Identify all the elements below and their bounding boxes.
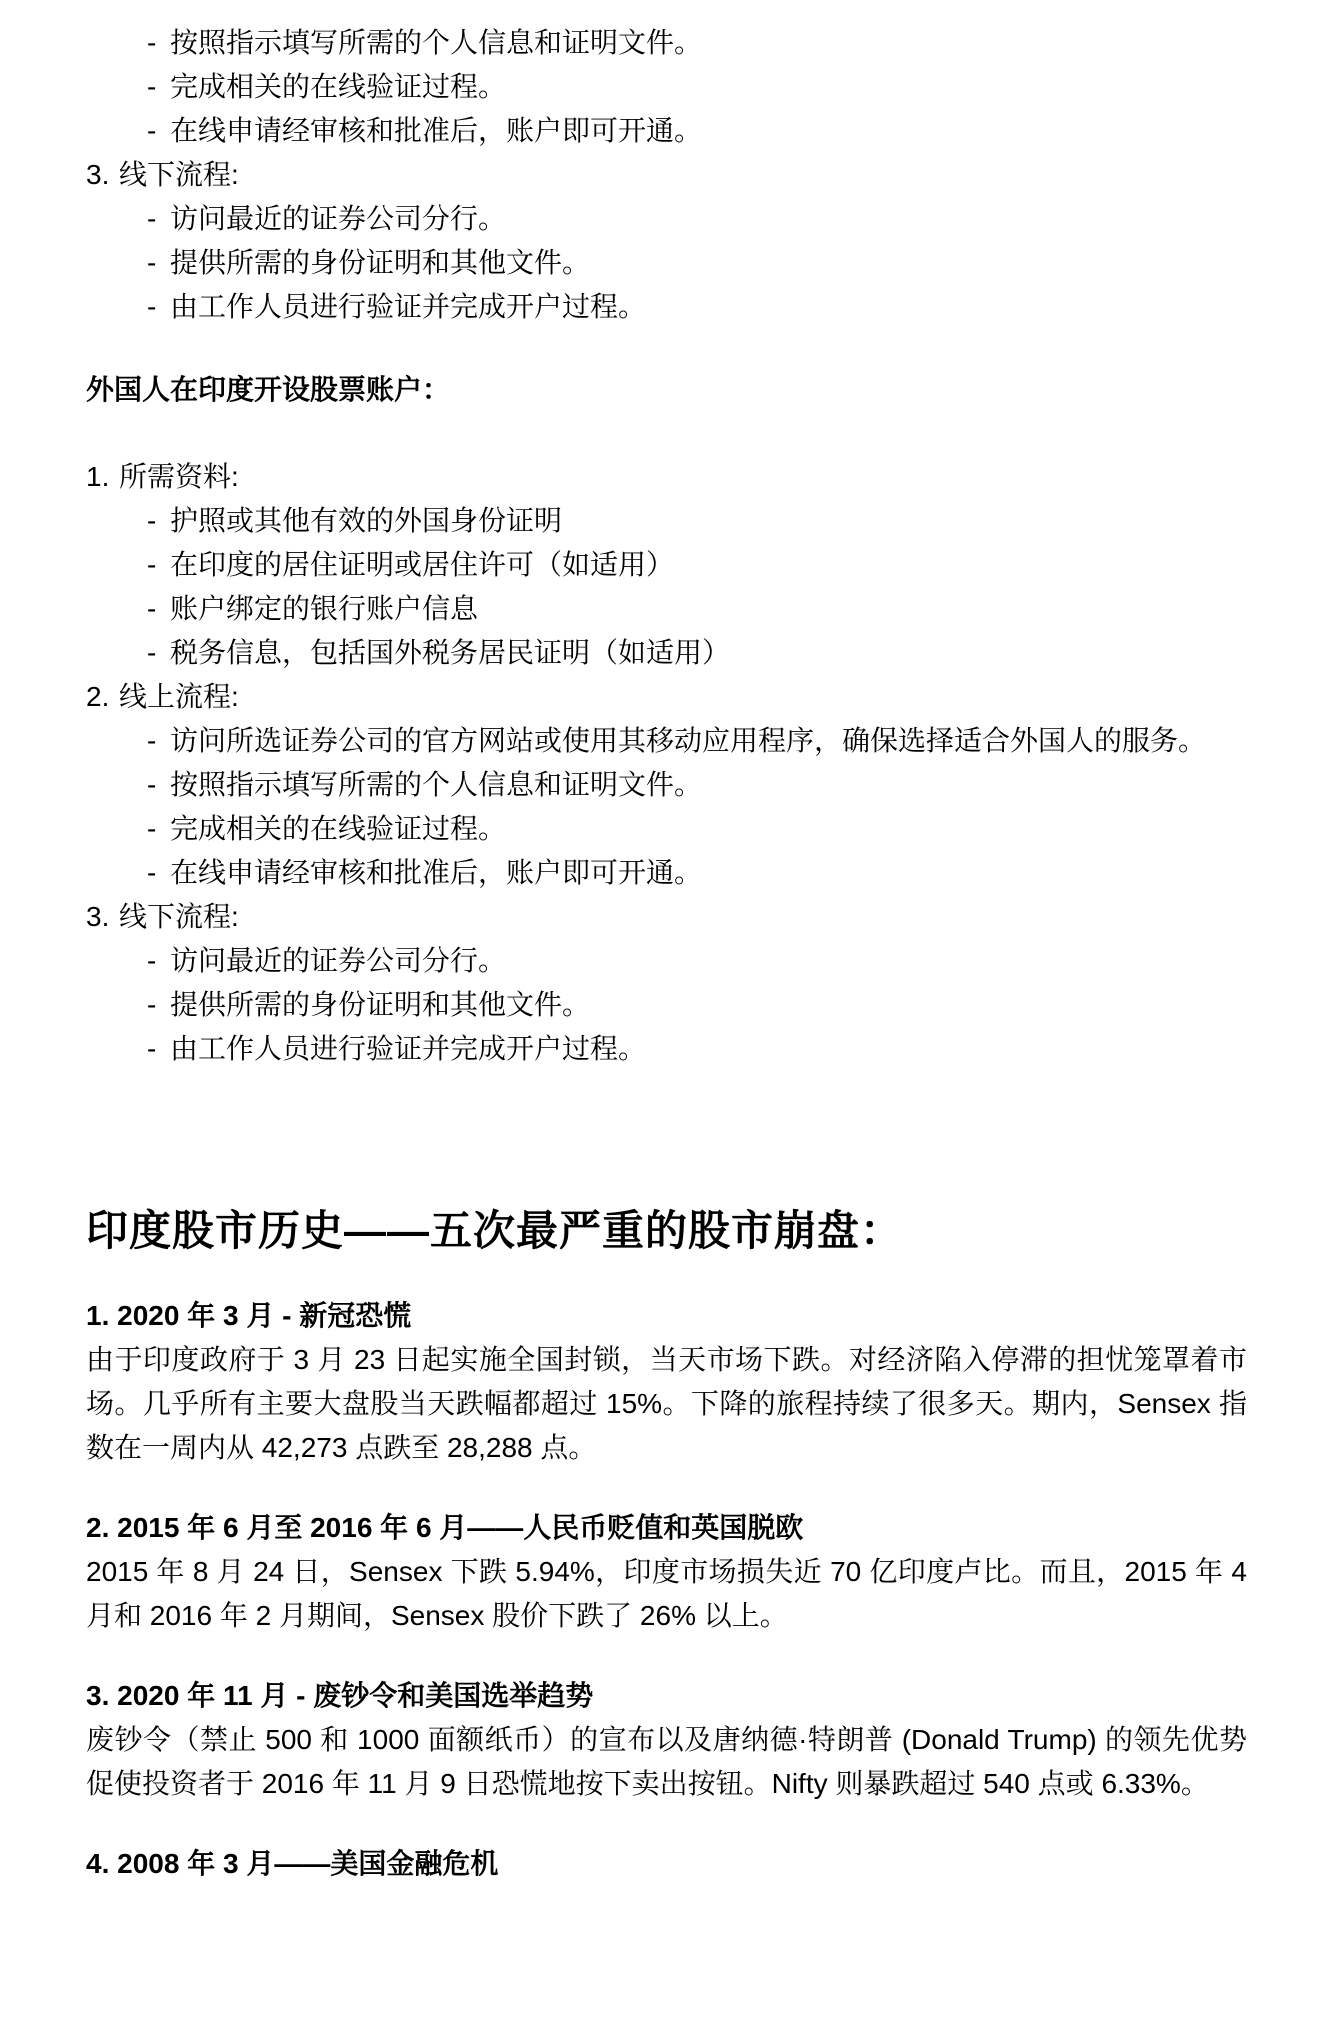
list-item-text: 访问最近的证券公司分行。	[170, 939, 506, 983]
list-item-text: 在印度的居住证明或居住许可（如适用）	[170, 543, 674, 587]
dash-bullet: -	[147, 807, 170, 851]
list-number: 1.	[86, 455, 119, 499]
list-item: - 账户绑定的银行账户信息	[86, 587, 1247, 631]
list-item-text: 线下流程:	[119, 895, 239, 939]
section-heading: 外国人在印度开设股票账户：	[86, 368, 1247, 412]
dash-bullet: -	[147, 1027, 170, 1071]
list-item-text: 在线申请经审核和批准后，账户即可开通。	[170, 851, 702, 895]
list-item-text: 完成相关的在线验证过程。	[170, 65, 506, 109]
crash-heading: 2. 2015 年 6 月至 2016 年 6 月——人民币贬值和英国脱欧	[86, 1506, 1247, 1550]
list-item-text: 护照或其他有效的外国身份证明	[170, 499, 562, 543]
dash-bullet: -	[147, 939, 170, 983]
crash-heading: 1. 2020 年 3 月 - 新冠恐慌	[86, 1294, 1247, 1338]
dash-bullet: -	[147, 719, 170, 763]
list-item: - 按照指示填写所需的个人信息和证明文件。	[86, 763, 1247, 807]
document-page: - 按照指示填写所需的个人信息和证明文件。 - 完成相关的在线验证过程。 - 在…	[0, 0, 1323, 2021]
page-title: 印度股市历史——五次最严重的股市崩盘：	[86, 1204, 1247, 1258]
list-item-text: 按照指示填写所需的个人信息和证明文件。	[170, 21, 702, 65]
list-item: - 提供所需的身份证明和其他文件。	[86, 983, 1247, 1027]
crash-paragraph: 废钞令（禁止 500 和 1000 面额纸币）的宣布以及唐纳德·特朗普 (Don…	[86, 1718, 1247, 1806]
list-item-text: 在线申请经审核和批准后，账户即可开通。	[170, 109, 702, 153]
dash-bullet: -	[147, 587, 170, 631]
dash-bullet: -	[147, 543, 170, 587]
list-number: 3.	[86, 153, 119, 197]
list-item-text: 由工作人员进行验证并完成开户过程。	[170, 285, 646, 329]
list-item: - 在印度的居住证明或居住许可（如适用）	[86, 543, 1247, 587]
list-item: - 访问最近的证券公司分行。	[86, 939, 1247, 983]
crash-heading: 4. 2008 年 3 月——美国金融危机	[86, 1842, 1247, 1886]
dash-bullet: -	[147, 763, 170, 807]
list-item-text: 线下流程:	[119, 153, 239, 197]
dash-bullet: -	[147, 109, 170, 153]
list-item: - 完成相关的在线验证过程。	[86, 807, 1247, 851]
list-item-text: 账户绑定的银行账户信息	[170, 587, 478, 631]
list-item-text: 税务信息，包括国外税务居民证明（如适用）	[170, 631, 730, 675]
list-number: 2.	[86, 675, 119, 719]
dash-bullet: -	[147, 285, 170, 329]
dash-bullet: -	[147, 197, 170, 241]
list-item: - 税务信息，包括国外税务居民证明（如适用）	[86, 631, 1247, 675]
list-item-text: 线上流程:	[119, 675, 239, 719]
list-item-text: 完成相关的在线验证过程。	[170, 807, 506, 851]
list-item-text: 由工作人员进行验证并完成开户过程。	[170, 1027, 646, 1071]
dash-bullet: -	[147, 21, 170, 65]
numbered-list-item: 3. 线下流程:	[86, 895, 1247, 939]
list-number: 3.	[86, 895, 119, 939]
list-item: - 访问所选证券公司的官方网站或使用其移动应用程序，确保选择适合外国人的服务。	[86, 719, 1247, 763]
list-item: - 访问最近的证券公司分行。	[86, 197, 1247, 241]
list-item-text: 所需资料:	[119, 455, 239, 499]
numbered-list-item: 3. 线下流程:	[86, 153, 1247, 197]
list-item: - 在线申请经审核和批准后，账户即可开通。	[86, 109, 1247, 153]
list-item-text: 访问所选证券公司的官方网站或使用其移动应用程序，确保选择适合外国人的服务。	[170, 719, 1206, 763]
list-item: - 由工作人员进行验证并完成开户过程。	[86, 1027, 1247, 1071]
dash-bullet: -	[147, 631, 170, 675]
crash-heading: 3. 2020 年 11 月 - 废钞令和美国选举趋势	[86, 1674, 1247, 1718]
list-item-text: 提供所需的身份证明和其他文件。	[170, 241, 590, 285]
list-item: - 提供所需的身份证明和其他文件。	[86, 241, 1247, 285]
numbered-list-item: 2. 线上流程:	[86, 675, 1247, 719]
dash-bullet: -	[147, 851, 170, 895]
crash-paragraph: 2015 年 8 月 24 日，Sensex 下跌 5.94%，印度市场损失近 …	[86, 1550, 1247, 1638]
list-item: - 按照指示填写所需的个人信息和证明文件。	[86, 21, 1247, 65]
list-item: - 护照或其他有效的外国身份证明	[86, 499, 1247, 543]
list-item: - 由工作人员进行验证并完成开户过程。	[86, 285, 1247, 329]
dash-bullet: -	[147, 983, 170, 1027]
crash-paragraph: 由于印度政府于 3 月 23 日起实施全国封锁，当天市场下跌。对经济陷入停滞的担…	[86, 1338, 1247, 1470]
list-item-text: 按照指示填写所需的个人信息和证明文件。	[170, 763, 702, 807]
list-item-text: 提供所需的身份证明和其他文件。	[170, 983, 590, 1027]
dash-bullet: -	[147, 65, 170, 109]
numbered-list-item: 1. 所需资料:	[86, 455, 1247, 499]
list-item: - 完成相关的在线验证过程。	[86, 65, 1247, 109]
dash-bullet: -	[147, 241, 170, 285]
dash-bullet: -	[147, 499, 170, 543]
list-item: - 在线申请经审核和批准后，账户即可开通。	[86, 851, 1247, 895]
list-item-text: 访问最近的证券公司分行。	[170, 197, 506, 241]
